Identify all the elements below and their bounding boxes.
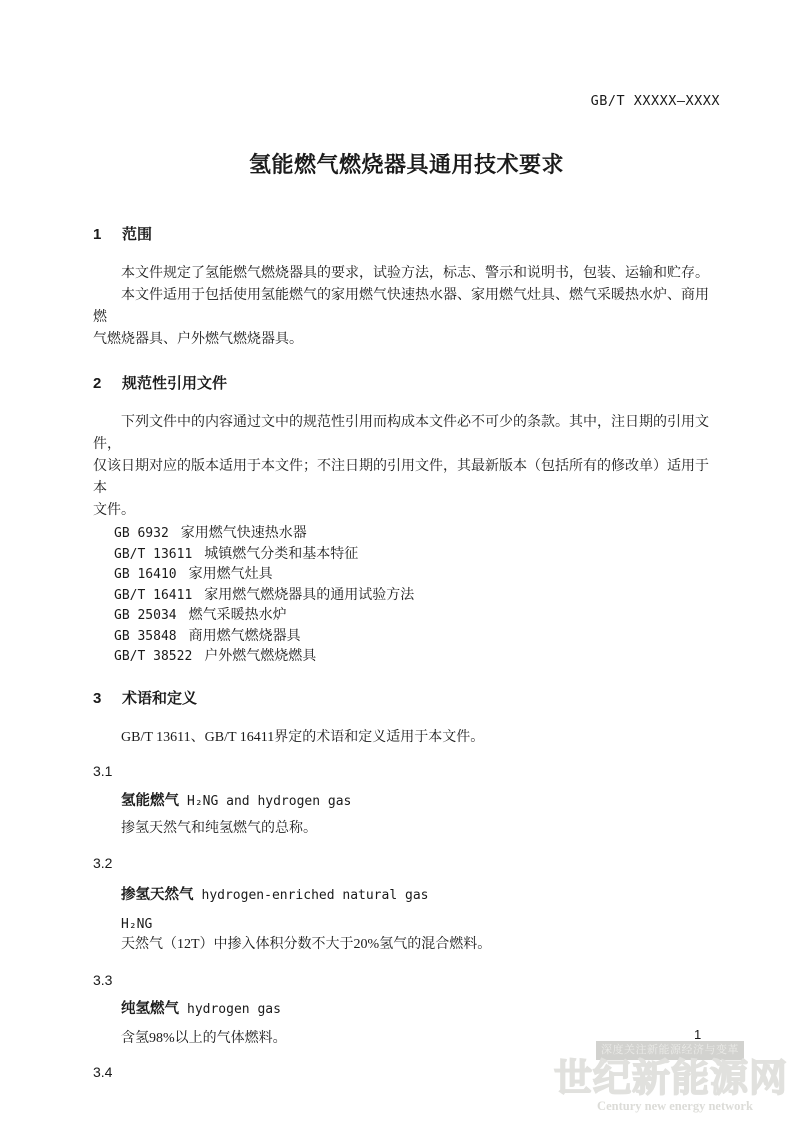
document-title: 氢能燃气燃烧器具通用技术要求 (93, 150, 720, 180)
section-3-title: 术语和定义 (122, 690, 197, 707)
reference-item: GB/T 13611城镇燃气分类和基本特征 (93, 545, 720, 566)
section-3-heading: 3术语和定义 (93, 690, 720, 707)
clause-number-3-2: 3.2 (93, 855, 720, 872)
reference-item: GB/T 38522户外燃气燃烧燃具 (93, 647, 720, 668)
term-entry-3-3: 纯氢燃气hydrogen gas (93, 1000, 720, 1019)
section-2-number: 2 (93, 375, 122, 392)
watermark-brand: 世纪新能源网 (552, 1056, 790, 1102)
term-abbreviation-3-2: H₂NG (93, 917, 720, 933)
reference-code: GB 35848 (114, 629, 177, 644)
term-entry-3-1: 氢能燃气H₂NG and hydrogen gas (93, 792, 720, 811)
reference-name: 家用燃气快速热水器 (181, 526, 307, 541)
reference-item: GB 35848商用燃气燃烧器具 (93, 627, 720, 648)
watermark-brand-english: Century new energy network (575, 1099, 775, 1114)
refs-intro-line-1: 下列文件中的内容通过文中的规范性引用而构成本文件必不可少的条款。其中，注日期的引… (93, 412, 720, 456)
document-page: GB/T XXXXX—XXXX 氢能燃气燃烧器具通用技术要求 1范围 本文件规定… (0, 0, 793, 1122)
reference-code: GB 16410 (114, 567, 177, 582)
term-english: hydrogen-enriched natural gas (202, 888, 429, 903)
section-2-heading: 2规范性引用文件 (93, 375, 720, 392)
reference-name: 户外燃气燃烧燃具 (204, 649, 316, 664)
term-english: H₂NG and hydrogen gas (187, 794, 351, 809)
clause-number-3-3: 3.3 (93, 972, 720, 989)
reference-list: GB 6932家用燃气快速热水器 GB/T 13611城镇燃气分类和基本特征 G… (93, 524, 720, 668)
reference-code: GB 6932 (114, 526, 169, 541)
reference-name: 家用燃气燃烧器具的通用试验方法 (204, 588, 414, 603)
term-english: hydrogen gas (187, 1002, 281, 1017)
reference-name: 燃气采暖热水炉 (189, 608, 287, 623)
section-2-title: 规范性引用文件 (122, 375, 227, 392)
refs-intro-line-3: 文件。 (93, 500, 720, 522)
reference-code: GB/T 38522 (114, 649, 192, 664)
clause-number-3-1: 3.1 (93, 763, 720, 780)
document-content: GB/T XXXXX—XXXX 氢能燃气燃烧器具通用技术要求 1范围 本文件规定… (0, 93, 793, 1081)
section-1-number: 1 (93, 226, 122, 243)
term-entry-3-2: 掺氢天然气hydrogen-enriched natural gas (93, 886, 720, 905)
page-number: 1 (694, 1027, 701, 1042)
scope-paragraph-2-line-2: 气燃烧器具、户外燃气燃烧器具。 (93, 329, 720, 351)
reference-item: GB/T 16411家用燃气燃烧器具的通用试验方法 (93, 586, 720, 607)
term-chinese: 掺氢天然气 (121, 887, 194, 903)
section-3-number: 3 (93, 690, 122, 707)
reference-name: 家用燃气灶具 (189, 567, 273, 582)
term-chinese: 纯氢燃气 (121, 1001, 179, 1017)
reference-name: 商用燃气燃烧器具 (189, 629, 301, 644)
term-chinese: 氢能燃气 (121, 793, 179, 809)
reference-name: 城镇燃气分类和基本特征 (204, 547, 358, 562)
section-1-heading: 1范围 (93, 226, 720, 243)
reference-item: GB 16410家用燃气灶具 (93, 565, 720, 586)
term-definition-3-1: 掺氢天然气和纯氢燃气的总称。 (93, 820, 720, 838)
terms-intro: GB/T 13611、GB/T 16411界定的术语和定义适用于本文件。 (93, 727, 720, 749)
standard-code: GB/T XXXXX—XXXX (93, 93, 720, 110)
section-1-title: 范围 (122, 226, 152, 243)
scope-paragraph-2-line-1: 本文件适用于包括使用氢能燃气的家用燃气快速热水器、家用燃气灶具、燃气采暖热水炉、… (93, 285, 720, 329)
reference-item: GB 6932家用燃气快速热水器 (93, 524, 720, 545)
refs-intro-line-2: 仅该日期对应的版本适用于本文件；不注日期的引用文件，其最新版本（包括所有的修改单… (93, 456, 720, 500)
reference-item: GB 25034燃气采暖热水炉 (93, 606, 720, 627)
scope-paragraph-1: 本文件规定了氢能燃气燃烧器具的要求，试验方法，标志、警示和说明书，包装、运输和贮… (93, 263, 720, 285)
reference-code: GB 25034 (114, 608, 177, 623)
reference-code: GB/T 16411 (114, 588, 192, 603)
term-definition-3-2: 天然气（12T）中掺入体积分数不大于20%氢气的混合燃料。 (93, 936, 720, 954)
reference-code: GB/T 13611 (114, 547, 192, 562)
